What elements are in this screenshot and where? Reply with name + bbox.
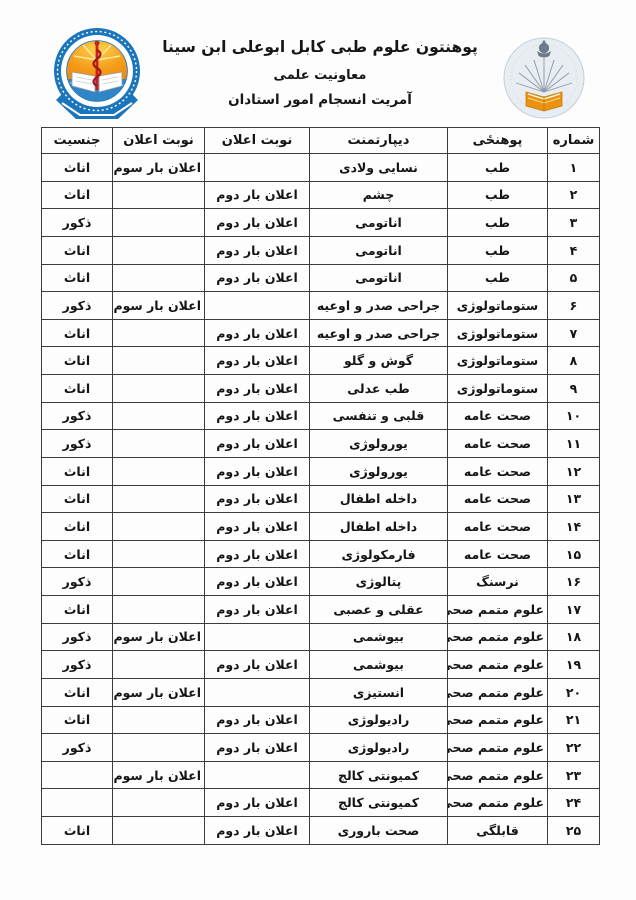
faculty: علوم متمم صحی — [448, 678, 548, 706]
table-body: ۱طبنسایی ولادیاعلان بار سوماناث۲طبچشماعل… — [42, 154, 600, 845]
faculty: ستوماتولوژی — [448, 375, 548, 403]
announcement-round-third — [113, 430, 205, 458]
table-row: ۲۵قابلگیصحت باروریاعلان بار دوماناث — [42, 817, 600, 845]
department: بیوشمی — [310, 623, 448, 651]
gender: اناث — [42, 678, 113, 706]
announcement-round-second: اعلان بار دوم — [205, 402, 310, 430]
table-row: ۲۳علوم متمم صحیکمیونتی کالجاعلان بار سوم — [42, 761, 600, 789]
row-number: ۱۶ — [548, 568, 600, 596]
col-header-announcement-2: نوبت اعلان — [205, 128, 310, 154]
faculty: علوم متمم صحی — [448, 706, 548, 734]
table-row: ۱طبنسایی ولادیاعلان بار سوماناث — [42, 154, 600, 182]
faculty: علوم متمم صحی — [448, 761, 548, 789]
announcement-round-third — [113, 347, 205, 375]
announcement-round-third — [113, 789, 205, 817]
department: کمیونتی کالج — [310, 761, 448, 789]
announcement-round-second: اعلان بار دوم — [205, 540, 310, 568]
announcement-round-second: اعلان بار دوم — [205, 375, 310, 403]
document-title: پوهنتون علوم طبی کابل ابوعلی ابن سینا — [120, 38, 520, 56]
announcement-round-second — [205, 154, 310, 182]
table-row: ۶ستوماتولوژیجراحی صدر و اوعیهاعلان بار س… — [42, 292, 600, 320]
gender: ذکور — [42, 430, 113, 458]
faculty: طب — [448, 236, 548, 264]
table-row: ۱۴صحت عامهداخله اطفالاعلان بار دوماناث — [42, 513, 600, 541]
gender: اناث — [42, 817, 113, 845]
department: انستیزی — [310, 678, 448, 706]
table-row: ۷ستوماتولوژیجراحی صدر و اوعیهاعلان بار د… — [42, 319, 600, 347]
table-row: ۱۹علوم متمم صحیبیوشمیاعلان بار دومذکور — [42, 651, 600, 679]
row-number: ۱۸ — [548, 623, 600, 651]
scanned-document-page: پوهنتون علوم طبی کابل ابوعلی ابن سینا مع… — [0, 0, 636, 900]
gender: اناث — [42, 513, 113, 541]
department: صحت باروری — [310, 817, 448, 845]
table-row: ۱۶نرسنگپتالوژیاعلان بار دومذکور — [42, 568, 600, 596]
table-row: ۳طباناتومیاعلان بار دومذکور — [42, 209, 600, 237]
row-number: ۴ — [548, 236, 600, 264]
col-header-faculty: پوهنځی — [448, 128, 548, 154]
row-number: ۱۷ — [548, 596, 600, 624]
row-number: ۱۴ — [548, 513, 600, 541]
faculty: طب — [448, 181, 548, 209]
faculty: ستوماتولوژی — [448, 292, 548, 320]
row-number: ۲۳ — [548, 761, 600, 789]
faculty: صحت عامه — [448, 485, 548, 513]
department: رادیولوژی — [310, 706, 448, 734]
department: پتالوژی — [310, 568, 448, 596]
gender: ذکور — [42, 568, 113, 596]
faculty: صحت عامه — [448, 513, 548, 541]
table-row: ۱۳صحت عامهداخله اطفالاعلان بار دوماناث — [42, 485, 600, 513]
table-row: ۹ستوماتولوژیطب عدلیاعلان بار دوماناث — [42, 375, 600, 403]
gender — [42, 761, 113, 789]
table-row: ۱۷علوم متمم صحیعقلی و عصبیاعلان بار دوما… — [42, 596, 600, 624]
gender: ذکور — [42, 209, 113, 237]
announcement-round-third — [113, 734, 205, 762]
announcement-round-third: اعلان بار سوم — [113, 761, 205, 789]
announcement-round-second: اعلان بار دوم — [205, 319, 310, 347]
gender: اناث — [42, 347, 113, 375]
department: نسایی ولادی — [310, 154, 448, 182]
gender: اناث — [42, 375, 113, 403]
announcement-round-third — [113, 485, 205, 513]
department: جراحی صدر و اوعیه — [310, 319, 448, 347]
announcement-round-third — [113, 319, 205, 347]
department: چشم — [310, 181, 448, 209]
announcement-round-second: اعلان بار دوم — [205, 513, 310, 541]
table-row: ۸ستوماتولوژیگوش و گلواعلان بار دوماناث — [42, 347, 600, 375]
faculty: علوم متمم صحی — [448, 651, 548, 679]
department: عقلی و عصبی — [310, 596, 448, 624]
col-header-number: شماره — [548, 128, 600, 154]
announcement-round-third — [113, 181, 205, 209]
row-number: ۱۲ — [548, 457, 600, 485]
department: یورولوژی — [310, 457, 448, 485]
announcement-round-second: اعلان بار دوم — [205, 347, 310, 375]
gender: ذکور — [42, 651, 113, 679]
announcement-round-third — [113, 513, 205, 541]
gender: اناث — [42, 706, 113, 734]
announcement-round-second — [205, 623, 310, 651]
row-number: ۱۱ — [548, 430, 600, 458]
announcement-round-third: اعلان بار سوم — [113, 623, 205, 651]
department: گوش و گلو — [310, 347, 448, 375]
table-row: ۲۱علوم متمم صحیرادیولوژیاعلان بار دومانا… — [42, 706, 600, 734]
document-subtitle-directorate: آمریت انسجام امور استادان — [120, 92, 520, 108]
faculty: طب — [448, 264, 548, 292]
department: داخله اطفال — [310, 485, 448, 513]
department: بیوشمی — [310, 651, 448, 679]
gender: اناث — [42, 236, 113, 264]
announcement-round-second: اعلان بار دوم — [205, 457, 310, 485]
row-number: ۵ — [548, 264, 600, 292]
faculty: صحت عامه — [448, 430, 548, 458]
gender: ذکور — [42, 623, 113, 651]
table-row: ۱۱صحت عامهیورولوژیاعلان بار دومذکور — [42, 430, 600, 458]
department: جراحی صدر و اوعیه — [310, 292, 448, 320]
announcement-round-third: اعلان بار سوم — [113, 678, 205, 706]
announcement-round-third — [113, 264, 205, 292]
announcement-round-second — [205, 761, 310, 789]
announcement-round-third — [113, 457, 205, 485]
announcement-round-second: اعلان بار دوم — [205, 734, 310, 762]
announcement-round-second: اعلان بار دوم — [205, 789, 310, 817]
row-number: ۱ — [548, 154, 600, 182]
gender: اناث — [42, 485, 113, 513]
vacancy-table: شماره پوهنځی دیپارتمنت نوبت اعلان نوبت ا… — [41, 127, 600, 845]
table-row: ۱۵صحت عامهفارمکولوژیاعلان بار دوماناث — [42, 540, 600, 568]
announcement-round-second: اعلان بار دوم — [205, 430, 310, 458]
department: اناتومی — [310, 209, 448, 237]
department: داخله اطفال — [310, 513, 448, 541]
table-row: ۲۴علوم متمم صحیکمیونتی کالجاعلان بار دوم — [42, 789, 600, 817]
row-number: ۳ — [548, 209, 600, 237]
row-number: ۱۰ — [548, 402, 600, 430]
faculty: علوم متمم صحی — [448, 623, 548, 651]
row-number: ۱۳ — [548, 485, 600, 513]
faculty: طب — [448, 154, 548, 182]
announcement-round-second: اعلان بار دوم — [205, 706, 310, 734]
gender — [42, 789, 113, 817]
row-number: ۸ — [548, 347, 600, 375]
row-number: ۲۲ — [548, 734, 600, 762]
announcement-round-second: اعلان بار دوم — [205, 181, 310, 209]
faculty: طب — [448, 209, 548, 237]
row-number: ۱۹ — [548, 651, 600, 679]
row-number: ۲ — [548, 181, 600, 209]
table-row: ۲طبچشماعلان بار دوماناث — [42, 181, 600, 209]
faculty: ستوماتولوژی — [448, 319, 548, 347]
announcement-round-third: اعلان بار سوم — [113, 154, 205, 182]
announcement-round-third — [113, 568, 205, 596]
table-row: ۱۰صحت عامهقلبی و تنفسیاعلان بار دومذکور — [42, 402, 600, 430]
announcement-round-third — [113, 596, 205, 624]
gender: ذکور — [42, 292, 113, 320]
announcement-round-second: اعلان بار دوم — [205, 651, 310, 679]
row-number: ۷ — [548, 319, 600, 347]
row-number: ۲۱ — [548, 706, 600, 734]
gender: اناث — [42, 319, 113, 347]
gender: اناث — [42, 264, 113, 292]
table-header-row: شماره پوهنځی دیپارتمنت نوبت اعلان نوبت ا… — [42, 128, 600, 154]
announcement-round-third: اعلان بار سوم — [113, 292, 205, 320]
announcement-round-second: اعلان بار دوم — [205, 568, 310, 596]
faculty: صحت عامه — [448, 457, 548, 485]
announcement-round-second: اعلان بار دوم — [205, 596, 310, 624]
announcement-round-third — [113, 236, 205, 264]
row-number: ۲۴ — [548, 789, 600, 817]
col-header-gender: جنسیت — [42, 128, 113, 154]
announcement-round-third — [113, 651, 205, 679]
announcement-round-third — [113, 540, 205, 568]
table-row: ۱۲صحت عامهیورولوژیاعلان بار دوماناث — [42, 457, 600, 485]
row-number: ۲۵ — [548, 817, 600, 845]
gender: ذکور — [42, 402, 113, 430]
gender: اناث — [42, 457, 113, 485]
department: اناتومی — [310, 236, 448, 264]
table-row: ۴طباناتومیاعلان بار دوماناث — [42, 236, 600, 264]
department: رادیولوژی — [310, 734, 448, 762]
announcement-round-second: اعلان بار دوم — [205, 236, 310, 264]
announcement-round-second: اعلان بار دوم — [205, 264, 310, 292]
table-row: ۵طباناتومیاعلان بار دوماناث — [42, 264, 600, 292]
table-row: ۱۸علوم متمم صحیبیوشمیاعلان بار سومذکور — [42, 623, 600, 651]
announcement-round-third — [113, 375, 205, 403]
row-number: ۱۵ — [548, 540, 600, 568]
table-row: ۲۲علوم متمم صحیرادیولوژیاعلان بار دومذکو… — [42, 734, 600, 762]
announcement-round-second — [205, 678, 310, 706]
faculty: نرسنگ — [448, 568, 548, 596]
gender: اناث — [42, 540, 113, 568]
faculty: صحت عامه — [448, 402, 548, 430]
row-number: ۲۰ — [548, 678, 600, 706]
faculty: صحت عامه — [448, 540, 548, 568]
announcement-round-third — [113, 402, 205, 430]
department: قلبی و تنفسی — [310, 402, 448, 430]
row-number: ۶ — [548, 292, 600, 320]
department: طب عدلی — [310, 375, 448, 403]
gender: اناث — [42, 154, 113, 182]
announcement-round-second — [205, 292, 310, 320]
gender: ذکور — [42, 734, 113, 762]
faculty: علوم متمم صحی — [448, 596, 548, 624]
announcement-round-second: اعلان بار دوم — [205, 817, 310, 845]
department: یورولوژی — [310, 430, 448, 458]
gender: اناث — [42, 181, 113, 209]
row-number: ۹ — [548, 375, 600, 403]
col-header-announcement-3: نوبت اعلان — [113, 128, 205, 154]
department: کمیونتی کالج — [310, 789, 448, 817]
faculty: ستوماتولوژی — [448, 347, 548, 375]
department: فارمکولوژی — [310, 540, 448, 568]
col-header-department: دیپارتمنت — [310, 128, 448, 154]
faculty: علوم متمم صحی — [448, 789, 548, 817]
announcement-round-third — [113, 817, 205, 845]
gender: اناث — [42, 596, 113, 624]
faculty: علوم متمم صحی — [448, 734, 548, 762]
announcement-round-second: اعلان بار دوم — [205, 485, 310, 513]
announcement-round-second: اعلان بار دوم — [205, 209, 310, 237]
document-subtitle-deputy: معاونیت علمی — [120, 68, 520, 83]
announcement-round-third — [113, 706, 205, 734]
announcement-round-third — [113, 209, 205, 237]
table-row: ۲۰علوم متمم صحیانستیزیاعلان بار سوماناث — [42, 678, 600, 706]
faculty: قابلگی — [448, 817, 548, 845]
department: اناتومی — [310, 264, 448, 292]
